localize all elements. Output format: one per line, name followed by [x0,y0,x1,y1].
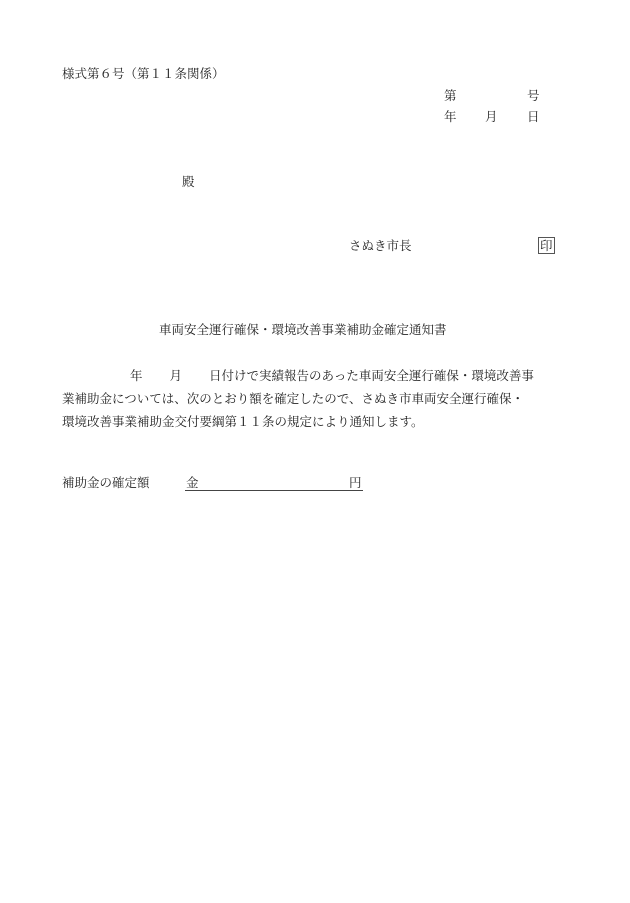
body-line-3: 環境改善事業補助金交付要綱第１１条の規定により通知します。 [62,410,582,433]
date-year: 年 [444,109,457,125]
amount-suffix: 円 [349,475,362,491]
addressee-suffix: 殿 [182,174,195,190]
body-line-1-text: 日付けで実績報告のあった車両安全運行確保・環境改善事 [209,368,534,383]
body-month: 月 [170,368,183,383]
date-month: 月 [485,109,498,125]
body-line-2: 業補助金については、次のとおり額を確定したので、さぬき市車両安全運行確保・ [62,387,582,410]
notice-body: 年月日付けで実績報告のあった車両安全運行確保・環境改善事 業補助金については、次… [62,364,582,433]
seal-mark: 印 [538,237,555,254]
body-line-1: 年月日付けで実績報告のあった車両安全運行確保・環境改善事 [62,364,582,387]
date-day: 日 [527,109,540,125]
amount-field [185,474,363,491]
issuer-name: さぬき市長 [349,238,412,254]
body-year: 年 [130,368,143,383]
form-label: 様式第６号（第１１条関係） [62,66,225,82]
doc-number-suffix: 号 [527,88,540,104]
doc-number-prefix: 第 [444,88,457,104]
amount-label: 補助金の確定額 [62,475,150,491]
document-title: 車両安全運行確保・環境改善事業補助金確定通知書 [159,322,447,338]
amount-prefix: 金 [186,475,199,491]
